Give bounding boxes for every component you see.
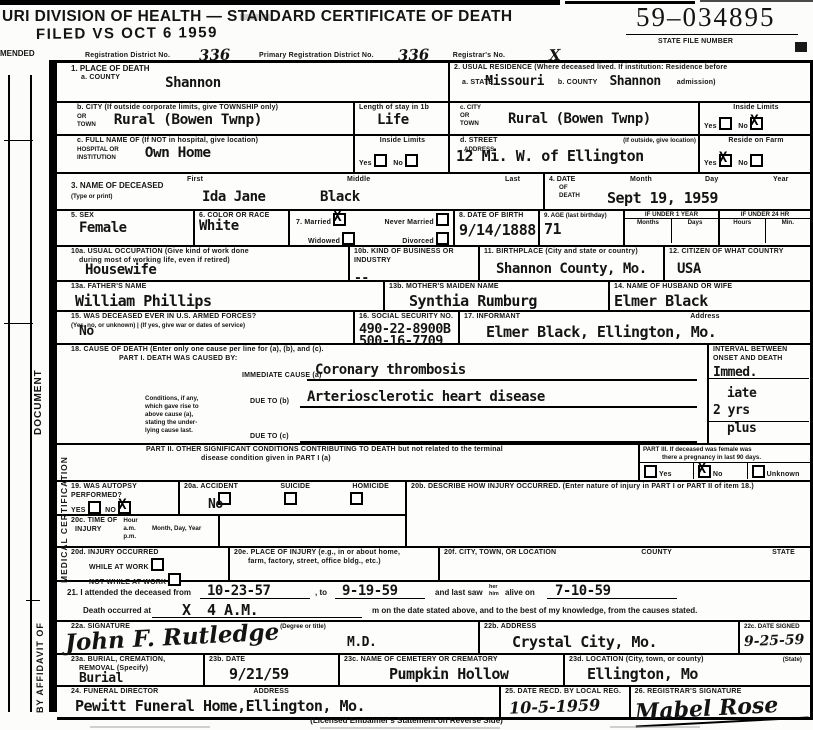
to-line (335, 598, 425, 599)
residence-inside-limits-options: Yes No X (704, 117, 808, 132)
physician-address-label: 22b. ADDRESS (484, 623, 736, 632)
married-checkbox: X (333, 213, 346, 226)
row-1: 1. PLACE OF DEATH a. COUNTY Shannon 2. U… (57, 63, 810, 103)
cause-c-line (300, 441, 697, 443)
cemetery-label: 23c. NAME OF CEMETERY OR CREMATORY (344, 656, 561, 665)
reside-on-farm-cell: Reside on Farm Yes X No (700, 136, 810, 172)
name-label: 3. NAME OF DECEASED (71, 181, 163, 190)
industry-cell: 10b. KIND OF BUSINESS OR INDUSTRY -- (350, 247, 480, 280)
burial-date-cell: 23b. DATE 9/21/59 (205, 655, 340, 685)
divorced-checkbox (436, 232, 449, 245)
autopsy-no-checkbox: X (118, 501, 131, 514)
year-header: Year (773, 176, 789, 185)
residence-county-value: Shannon (609, 75, 660, 89)
spouse-name-label: 14. NAME OF HUSBAND OR WIFE (614, 283, 808, 292)
part2-text-1: PART II. OTHER SIGNIFICANT CONDITIONS CO… (146, 446, 636, 455)
while-at-work-option: WHILE AT WORK (89, 558, 226, 573)
street-label: d. STREET (460, 137, 498, 146)
physician-degree-value: M.D. (347, 636, 376, 650)
hospital-label-2: HOSPITAL ORINSTITUTION (77, 146, 119, 162)
attended-text: 21. I attended the deceased from (67, 588, 191, 598)
inside-limits-label: Inside Limits (359, 137, 446, 146)
interval-label: INTERVAL BETWEENONSET AND DEATH (713, 346, 808, 364)
margin-tick (4, 323, 33, 324)
due-to-c-label: DUE TO (c) (250, 433, 289, 442)
burial-date-value: 9/21/59 (229, 667, 336, 683)
autopsy-yes-checkbox (88, 501, 101, 514)
inside-limits-cell: Inside Limits Yes No (355, 136, 450, 172)
hospital-label: c. FULL NAME OF (If NOT in hospital, giv… (77, 137, 351, 146)
part3-text-2: there a pregnancy in last 90 days. (640, 454, 810, 462)
hour-ampm-label: Houra.m.p.m. (123, 517, 137, 546)
birthplace-label: 11. BIRTHPLACE (City and state or countr… (484, 248, 661, 257)
cemetery-cell: 23c. NAME OF CEMETERY OR CREMATORY Pumpk… (340, 655, 565, 685)
last-saw-text: and last saw (435, 588, 483, 598)
widowed-checkbox (342, 232, 355, 245)
burial-type-cell: 23a. BURIAL, CREMATION,REMOVAL (Specify)… (57, 655, 205, 685)
alive-on-text: alive on (505, 588, 535, 598)
farm-no-checkbox (750, 154, 763, 167)
row-13: 20d. INJURY OCCURRED WHILE AT WORK NOT W… (57, 548, 810, 582)
informant-address-label: Address (690, 313, 719, 322)
farm-yes-checkbox: X (719, 154, 732, 167)
part3-cell: PART III. If deceased was female was the… (640, 445, 810, 480)
registrar-no-label: Registrar's No. (453, 52, 506, 59)
margin-label-document: DOCUMENT (33, 330, 44, 435)
sex-value: Female (79, 221, 191, 236)
month-day-year-cell: Month, Day, Year (152, 516, 220, 546)
accident-value: No (208, 498, 223, 512)
homicide-label: HOMICIDE (352, 483, 389, 492)
color-race-value: White (199, 219, 286, 234)
injury-city-label: 20f. CITY, TOWN, OR LOCATION (444, 549, 556, 558)
injury-at-work-cell: 20d. INJURY OCCURRED WHILE AT WORK NOT W… (57, 548, 230, 580)
hospital-cell: c. FULL NAME OF (If NOT in hospital, giv… (57, 136, 355, 172)
pregnancy-no-option: X No (694, 463, 748, 479)
row-4: 3. NAME OF DECEASED First Middle Last (T… (57, 174, 810, 211)
autopsy-cell: 19. WAS AUTOPSYPERFORMED? YES NO X (57, 482, 180, 514)
age-cell: 9. AGE (last birthday) 71 (540, 211, 625, 245)
interval-line-1 (709, 378, 809, 379)
death-occurred-text: Death occurred at (83, 606, 151, 616)
injury-left-stack: 19. WAS AUTOPSYPERFORMED? YES NO X 20a. … (57, 482, 407, 546)
funeral-director-cell: 24. FUNERAL DIRECTOR ADDRESS Pewitt Fune… (57, 687, 501, 717)
margin-line-2 (30, 75, 32, 712)
death-time-value: 4 A.M. (207, 603, 258, 619)
street-address-cell: d. STREET (If outside, give location) AD… (450, 136, 700, 172)
informant-value: Elmer Black, Ellington, Mo. (486, 325, 808, 341)
burial-value: Burial (79, 672, 123, 686)
never-married-option: Never Married (385, 213, 449, 228)
interval-a-value-2: iate (727, 387, 808, 401)
residence-city-label: c. CITYORTOWN (460, 104, 481, 128)
death-certificate-scan: URI DIVISION OF HEALTH — STANDARD CERTIF… (0, 0, 813, 730)
registrar-signature-cell: 26. REGISTRAR'S SIGNATURE Mabel Rose (631, 687, 810, 717)
date-of-birth-cell: 8. DATE OF BIRTH 9/14/1888 (455, 211, 540, 245)
burial-location-state-label: (State) (783, 656, 802, 665)
row-15: 22a. SIGNATURE (Degree or title) John F.… (57, 622, 810, 655)
day-header: Day (705, 176, 718, 185)
date-received-value: 10-5-1959 (509, 695, 601, 717)
interval-line-2 (709, 421, 809, 422)
age-value: 71 (544, 222, 621, 238)
street-value: 12 Mi. W. of Ellington (456, 149, 644, 165)
month-day-year-label: Month, Day, Year (152, 525, 201, 532)
under-24-hr-label: IF UNDER 24 HR (720, 211, 810, 219)
row-14-attendance: 21. I attended the deceased from 10-23-5… (57, 582, 810, 622)
date-received-label: 25. DATE RECD. BY LOCAL REG. (505, 688, 627, 697)
conditions-note: Conditions, if any,which gave rise toabo… (145, 395, 199, 435)
scan-smear (320, 727, 500, 729)
hospital-value: Own Home (145, 146, 211, 162)
row-3: c. FULL NAME OF (If NOT in hospital, giv… (57, 136, 810, 174)
physician-signature-cell: 22a. SIGNATURE (Degree or title) John F.… (57, 622, 480, 653)
scan-smear (610, 726, 700, 728)
due-to-b-label: DUE TO (b) (250, 398, 289, 407)
scan-edge-artifact (0, 0, 560, 5)
married-option: 7. Married X (296, 213, 346, 228)
interval-b-value-2: plus (727, 422, 808, 436)
part2-text-2: disease condition given in PART I (a) (201, 455, 636, 464)
cause-a-line (307, 379, 697, 381)
residence-inside-limits-label: Inside Limits (704, 104, 808, 113)
county-value: Shannon (165, 76, 221, 91)
file-number-rule (626, 34, 798, 35)
to-text: , to (315, 588, 327, 598)
citizen-value: USA (677, 262, 808, 277)
date-of-death-cell: 4. DATEOFDEATH Month Day Year Sept 19, 1… (545, 174, 810, 209)
reside-on-farm-options: Yes X No (704, 154, 808, 169)
middle-header: Middle (347, 176, 370, 185)
alive-line (547, 598, 677, 599)
place-of-injury-cell: 20e. PLACE OF INJURY (e.g., in or about … (230, 548, 440, 580)
min-header: Min. (766, 219, 811, 243)
cause-of-death-cell: 18. CAUSE OF DEATH (Enter only one cause… (57, 345, 707, 443)
usual-residence-title: 2. USUAL RESIDENCE (Where deceased lived… (454, 64, 808, 73)
if-under-1-year-cell: IF UNDER 1 YEAR Months Days (625, 211, 720, 245)
pregnancy-unknown-checkbox (752, 465, 765, 478)
widowed-option: Widowed (308, 232, 355, 247)
margin-tick (4, 140, 33, 141)
death-occurred-text-2: m on the date stated above, and to the b… (372, 606, 697, 616)
row-2: b. CITY (If outside corporate limits, gi… (57, 103, 810, 136)
interval-b-value-1: 2 yrs (713, 404, 808, 418)
date-signed-label: 22c. DATE SIGNED (744, 623, 808, 631)
row-11-12: 19. WAS AUTOPSYPERFORMED? YES NO X 20a. … (57, 482, 810, 548)
row-17: 24. FUNERAL DIRECTOR ADDRESS Pewitt Fune… (57, 687, 810, 717)
row-6: 10a. USUAL OCCUPATION (Give kind of work… (57, 247, 810, 282)
mother-name-label: 13b. MOTHER'S MAIDEN NAME (389, 283, 606, 292)
while-at-work-checkbox (151, 558, 164, 571)
residence-state-value: Missouri (485, 75, 544, 89)
interval-cell: INTERVAL BETWEENONSET AND DEATH Immed. i… (707, 345, 810, 443)
inside-limits-no-checkbox: X (750, 117, 763, 130)
residence-county-label: b. COUNTY (558, 79, 598, 88)
marital-status-cell: 7. Married X Never Married Widowed Divor… (290, 211, 455, 245)
mother-name-cell: 13b. MOTHER'S MAIDEN NAME Synthia Rumbur… (385, 282, 610, 310)
name-label-2: (Type or print) (71, 193, 541, 201)
cemetery-value: Pumpkin Hollow (389, 667, 561, 683)
father-name-label: 13a. FATHER'S NAME (71, 283, 381, 292)
occupation-value: Housewife (85, 263, 156, 278)
armed-forces-label: 15. WAS DECEASED EVER IN U.S. ARMED FORC… (71, 313, 351, 322)
margin-label-medical-certification: MEDICAL CERTIFICATION (59, 418, 69, 583)
cause-b-line (300, 406, 697, 408)
funeral-director-address-label: ADDRESS (253, 688, 289, 697)
city-value: Rural (Bowen Twnp) (114, 113, 262, 129)
mother-name-value: Synthia Rumburg (409, 294, 606, 310)
if-under-24-hr-cell: IF UNDER 24 HR Hours Min. (720, 211, 810, 245)
city-or-town-label: ORTOWN (77, 113, 96, 129)
her-him-text: herhim (489, 584, 499, 597)
days-header: Days (672, 219, 718, 243)
describe-injury-label: 20b. DESCRIBE HOW INJURY OCCURRED. (Ente… (411, 483, 808, 492)
industry-label: 10b. KIND OF BUSINESS OR INDUSTRY (354, 248, 476, 266)
death-time-mark: X (182, 603, 191, 619)
time-of-injury-label: 20c. TIME OFINJURY (71, 517, 117, 546)
row-8: 15. WAS DECEASED EVER IN U.S. ARMED FORC… (57, 312, 810, 345)
hours-header: Hours (720, 219, 766, 243)
place-inside-no-checkbox (405, 154, 418, 167)
attended-to-value: 9-19-59 (342, 584, 398, 599)
informant-cell: 17. INFORMANT Address Elmer Black, Ellin… (460, 312, 810, 343)
residence-city-cell: c. CITYORTOWN Rural (Bowen Twnp) (450, 103, 700, 134)
scan-edge-artifact (795, 42, 807, 52)
date-of-birth-label: 8. DATE OF BIRTH (459, 212, 536, 221)
due-to-b-value: Arteriosclerotic heart disease (307, 390, 545, 405)
pregnancy-yes-option: Yes (640, 463, 694, 479)
primary-district-label: Primary Registration District No. (259, 52, 374, 59)
inside-limits-options: Yes No (359, 154, 446, 169)
accident-suicide-homicide-cell: 20a. ACCIDENT SUICIDE HOMICIDE No (180, 482, 405, 514)
usual-residence-title2: admission) (677, 79, 716, 88)
informant-label: 17. INFORMANT (464, 313, 520, 322)
amended-label-partial: MENDED (0, 49, 35, 59)
length-of-stay-value: Life (377, 113, 446, 128)
row-16: 23a. BURIAL, CREMATION,REMOVAL (Specify)… (57, 655, 810, 687)
spouse-name-cell: 14. NAME OF HUSBAND OR WIFE Elmer Black (610, 282, 810, 310)
residence-inside-limits-cell: Inside Limits Yes No X (700, 103, 810, 134)
usual-residence-cell: 2. USUAL RESIDENCE (Where deceased lived… (450, 63, 810, 101)
date-of-death-value: Sept 19, 1959 (607, 191, 718, 207)
armed-forces-label-2: (Yes, no, or unknown) | (If yes, give wa… (71, 322, 351, 330)
attended-from-value: 10-23-57 (207, 584, 270, 599)
pregnancy-unknown-option: Unknown (748, 463, 811, 479)
filed-date-stamp: FILED VS OCT 6 1959 (36, 24, 218, 43)
last-alive-value: 7-10-59 (555, 584, 611, 599)
name-last-value: Black (320, 190, 360, 205)
pregnancy-no-checkbox: X (698, 465, 711, 478)
time-of-injury-blank (220, 516, 405, 546)
last-header: Last (505, 176, 520, 185)
name-first-value: Ida Jane (202, 190, 265, 205)
degree-title-label: (Degree or title) (280, 623, 326, 632)
embalmer-note: (Licensed Embalmer's Statement on Revers… (0, 716, 813, 726)
citizen-label: 12. CITIZEN OF WHAT COUNTRY (669, 248, 808, 257)
homicide-checkbox (350, 492, 363, 505)
armed-forces-value: No (79, 325, 94, 339)
inside-limits-yes-checkbox (719, 117, 732, 130)
ssn-cell: 16. SOCIAL SECURITY NO. 490-22-8900B 500… (355, 312, 460, 343)
date-received-cell: 25. DATE RECD. BY LOCAL REG. 10-5-1959 (501, 687, 631, 717)
street-hint: (If outside, give location) (623, 137, 696, 146)
month-header: Month (630, 176, 652, 185)
row-5: 5. SEX Female 6. COLOR OR RACE White 7. … (57, 211, 810, 247)
burial-location-cell: 23d. LOCATION (City, town, or county) (S… (565, 655, 810, 685)
suicide-checkbox (284, 492, 297, 505)
spouse-name-value: Elmer Black (614, 294, 808, 310)
funeral-director-label: 24. FUNERAL DIRECTOR (71, 688, 158, 697)
place-of-death-county-cell: 1. PLACE OF DEATH a. COUNTY Shannon (57, 63, 450, 101)
county-label: a. COUNTY (81, 74, 120, 91)
citizen-cell: 12. CITIZEN OF WHAT COUNTRY USA (665, 247, 810, 280)
margin-bar (49, 60, 57, 712)
date-signed-value: 9-25-59 (744, 632, 805, 650)
occupation-cell: 10a. USUAL OCCUPATION (Give kind of work… (57, 247, 350, 280)
reg-district-label: Registration District No. (85, 52, 170, 59)
birthplace-cell: 11. BIRTHPLACE (City and state or countr… (480, 247, 665, 280)
place-of-death-title: 1. PLACE OF DEATH (71, 64, 446, 74)
armed-forces-cell: 15. WAS DECEASED EVER IN U.S. ARMED FORC… (57, 312, 355, 343)
injury-county-label: COUNTY (641, 549, 672, 558)
place-of-injury-label: 20e. PLACE OF INJURY (e.g., in or about … (234, 549, 436, 567)
accident-label: 20a. ACCIDENT (184, 483, 238, 492)
scan-smear (90, 726, 210, 728)
row-7: 13a. FATHER'S NAME William Phillips 13b.… (57, 282, 810, 312)
birthplace-value: Shannon County, Mo. (496, 262, 661, 277)
divorced-option: Divorced (402, 232, 449, 247)
pregnancy-yes-checkbox (644, 465, 657, 478)
margin-label-by-affidavit-of: BY AFFIDAVIT OF (35, 598, 45, 713)
injury-occurred-label: 20d. INJURY OCCURRED (71, 549, 226, 558)
father-name-value: William Phillips (75, 294, 381, 310)
place-inside-yes-checkbox (374, 154, 387, 167)
from-line (200, 598, 310, 599)
describe-injury-cell: 20b. DESCRIBE HOW INJURY OCCURRED. (Ente… (407, 482, 810, 546)
physician-address-value: Crystal City, Mo. (512, 635, 736, 651)
burial-location-label: 23d. LOCATION (City, town, or county) (569, 656, 704, 665)
row-9-cause-of-death: 18. CAUSE OF DEATH (Enter only one cause… (57, 345, 810, 445)
never-married-checkbox (436, 213, 449, 226)
injury-location-cell: 20f. CITY, TOWN, OR LOCATION COUNTY STAT… (440, 548, 810, 580)
certificate-title: URI DIVISION OF HEALTH — STANDARD CERTIF… (2, 8, 512, 26)
age-label: 9. AGE (last birthday) (544, 212, 621, 220)
months-header: Months (625, 219, 672, 243)
margin-line-1 (8, 75, 10, 712)
burial-location-value: Ellington, Mo (587, 667, 808, 683)
state-file-number-value: 59–034895 (636, 2, 776, 33)
physician-address-cell: 22b. ADDRESS Crystal City, Mo. (480, 622, 740, 653)
date-signed-cell: 22c. DATE SIGNED 9-25-59 (740, 622, 810, 653)
time-of-injury-cell: 20c. TIME OFINJURY Houra.m.p.m. (57, 516, 152, 546)
city-town-cell: b. CITY (If outside corporate limits, gi… (57, 103, 355, 134)
sex-cell: 5. SEX Female (57, 211, 195, 245)
burial-date-label: 23b. DATE (209, 656, 336, 665)
attendance-cell: 21. I attended the deceased from 10-23-5… (57, 582, 810, 620)
occupation-label: 10a. USUAL OCCUPATION (Give kind of work… (71, 248, 346, 257)
cause-of-death-label: 18. CAUSE OF DEATH (Enter only one cause… (71, 346, 705, 355)
autopsy-options: YES NO X (71, 501, 176, 516)
part2-cell: PART II. OTHER SIGNIFICANT CONDITIONS CO… (57, 445, 640, 480)
suicide-label: SUICIDE (280, 483, 310, 492)
name-of-deceased-cell: 3. NAME OF DECEASED First Middle Last (T… (57, 174, 545, 209)
color-race-cell: 6. COLOR OR RACE White (195, 211, 290, 245)
date-of-birth-value: 9/14/1888 (459, 223, 536, 239)
funeral-director-value: Pewitt Funeral Home,Ellington, Mo. (75, 699, 497, 715)
immediate-cause-value: Coronary thrombosis (315, 363, 466, 378)
part3-text-1: PART III. If deceased was female was (640, 445, 810, 454)
injury-state-label: STATE (772, 549, 795, 558)
under-1-year-label: IF UNDER 1 YEAR (625, 211, 718, 219)
father-name-cell: 13a. FATHER'S NAME William Phillips (57, 282, 385, 310)
residence-city-value: Rural (Bowen Twnp) (508, 112, 696, 127)
row-10: PART II. OTHER SIGNIFICANT CONDITIONS CO… (57, 445, 810, 482)
first-header: First (187, 176, 203, 185)
date-of-death-label: 4. DATEOFDEATH (549, 175, 580, 200)
state-file-number-label: STATE FILE NUMBER (658, 38, 733, 47)
reside-on-farm-label: Reside on Farm (704, 137, 808, 146)
length-of-stay-cell: Length of stay in 1b Life (355, 103, 450, 134)
certificate-form: 1. PLACE OF DEATH a. COUNTY Shannon 2. U… (57, 60, 813, 720)
